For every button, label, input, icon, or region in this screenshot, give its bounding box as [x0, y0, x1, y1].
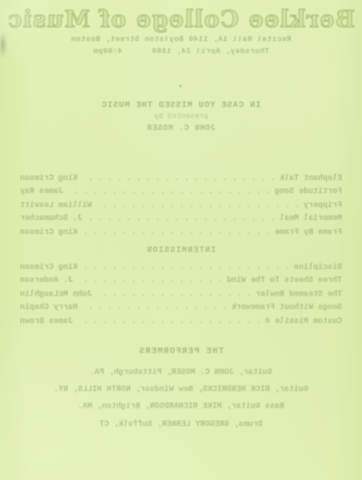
program-row: Memorial Meal . . . . . . . . . . . . . … [20, 214, 342, 227]
ink-speck [178, 84, 183, 88]
piece-title: Frippery [304, 201, 342, 210]
dot-leader: . . . . . . . . . . . . . . . . . . . . … [86, 214, 275, 223]
composer-name: James Ray [20, 187, 63, 196]
piece-title: The Steamed Bowler [256, 290, 342, 299]
dot-leader: . . . . . . . . . . . . . . . . . . . . … [96, 290, 252, 299]
program-row: Discipline . . . . . . . . . . . . . . .… [20, 263, 342, 276]
intermission-label: INTERMISSION [0, 246, 362, 255]
scan-light-corner [0, 0, 70, 80]
piece-title: Custom Missile # [265, 317, 342, 326]
dot-leader: . . . . . . . . . . . . . . . . . . . . … [82, 263, 290, 272]
performer-line: Guitar, RICK HENDRICKS, New Windsor, NOR… [0, 385, 362, 402]
performers-list: Guitar, JOHN C. MOSER, Pittsburgh, PA. G… [0, 368, 362, 437]
dot-leader: . . . . . . . . . . . . . . . . . . . . … [77, 276, 223, 285]
program-set-two: Discipline . . . . . . . . . . . . . . .… [20, 263, 342, 330]
program-row: Custom Missile # . . . . . . . . . . . .… [20, 317, 342, 330]
scanned-program-page: Berklee College of Music Recital Hall 1A… [0, 0, 362, 480]
recital-title: IN CASE YOU MISSED THE MUSIC [0, 100, 362, 110]
scan-smudge [0, 28, 9, 62]
dot-leader: . . . . . . . . . . . . . . . . . . . . … [67, 187, 271, 196]
performers-heading: THE PERFORMERS [0, 346, 362, 356]
piece-title: Frame By Frame [275, 228, 342, 237]
dot-leader: . . . . . . . . . . . . . . . . . . . . … [77, 317, 261, 326]
composer-name: King Crimson [20, 228, 78, 237]
composer-name: Harry Chapin [20, 303, 78, 312]
program-row: Songs Without Framework . . . . . . . . … [20, 303, 342, 316]
program-row: Fortitude Song . . . . . . . . . . . . .… [20, 187, 342, 200]
performer-line: Bass Guitar, MIKE RICHARDSON, Brighton, … [0, 402, 362, 419]
dot-leader: . . . . . . . . . . . . . . . . . . . . … [96, 201, 300, 210]
performer-line: Guitar, JOHN C. MOSER, Pittsburgh, PA. [0, 368, 362, 385]
performer-line: Drums, GREGORY LERNER, Suffolk, CT [0, 420, 362, 437]
program-row: Frame By Frame . . . . . . . . . . . . .… [20, 228, 342, 241]
composer-name: J. Anderson [20, 276, 73, 285]
composer-name: William Leavitt [20, 201, 92, 210]
piece-title: Songs Without Framework [232, 303, 342, 312]
program-row: Three Sheets To The Wind . . . . . . . .… [20, 276, 342, 289]
piece-title: Memorial Meal [280, 214, 342, 223]
composer-name: John McLaughlin [20, 290, 92, 299]
piece-title: Three Sheets To The Wind [227, 276, 342, 285]
dot-leader: . . . . . . . . . . . . . . . . . . . . … [82, 174, 276, 183]
composer-name: James Brown [20, 317, 73, 326]
program-set-one: Elephant Talk . . . . . . . . . . . . . … [20, 174, 342, 241]
program-row: Frippery . . . . . . . . . . . . . . . .… [20, 201, 342, 214]
piece-title: Discipline [294, 263, 342, 272]
piece-title: Fortitude Song [275, 187, 342, 196]
piece-title: Elephant Talk [280, 174, 342, 183]
presented-by-label: presented by [0, 113, 362, 121]
dot-leader: . . . . . . . . . . . . . . . . . . . . … [82, 303, 228, 312]
composer-name: J. Schumacher [20, 214, 82, 223]
composer-name: King Crimson [20, 174, 78, 183]
presenter-name: JOHN C. MOSER [0, 124, 362, 133]
program-row: Elephant Talk . . . . . . . . . . . . . … [20, 174, 342, 187]
program-row: The Steamed Bowler . . . . . . . . . . .… [20, 290, 342, 303]
dot-leader: . . . . . . . . . . . . . . . . . . . . … [82, 228, 271, 237]
composer-name: King Crimson [20, 263, 78, 272]
